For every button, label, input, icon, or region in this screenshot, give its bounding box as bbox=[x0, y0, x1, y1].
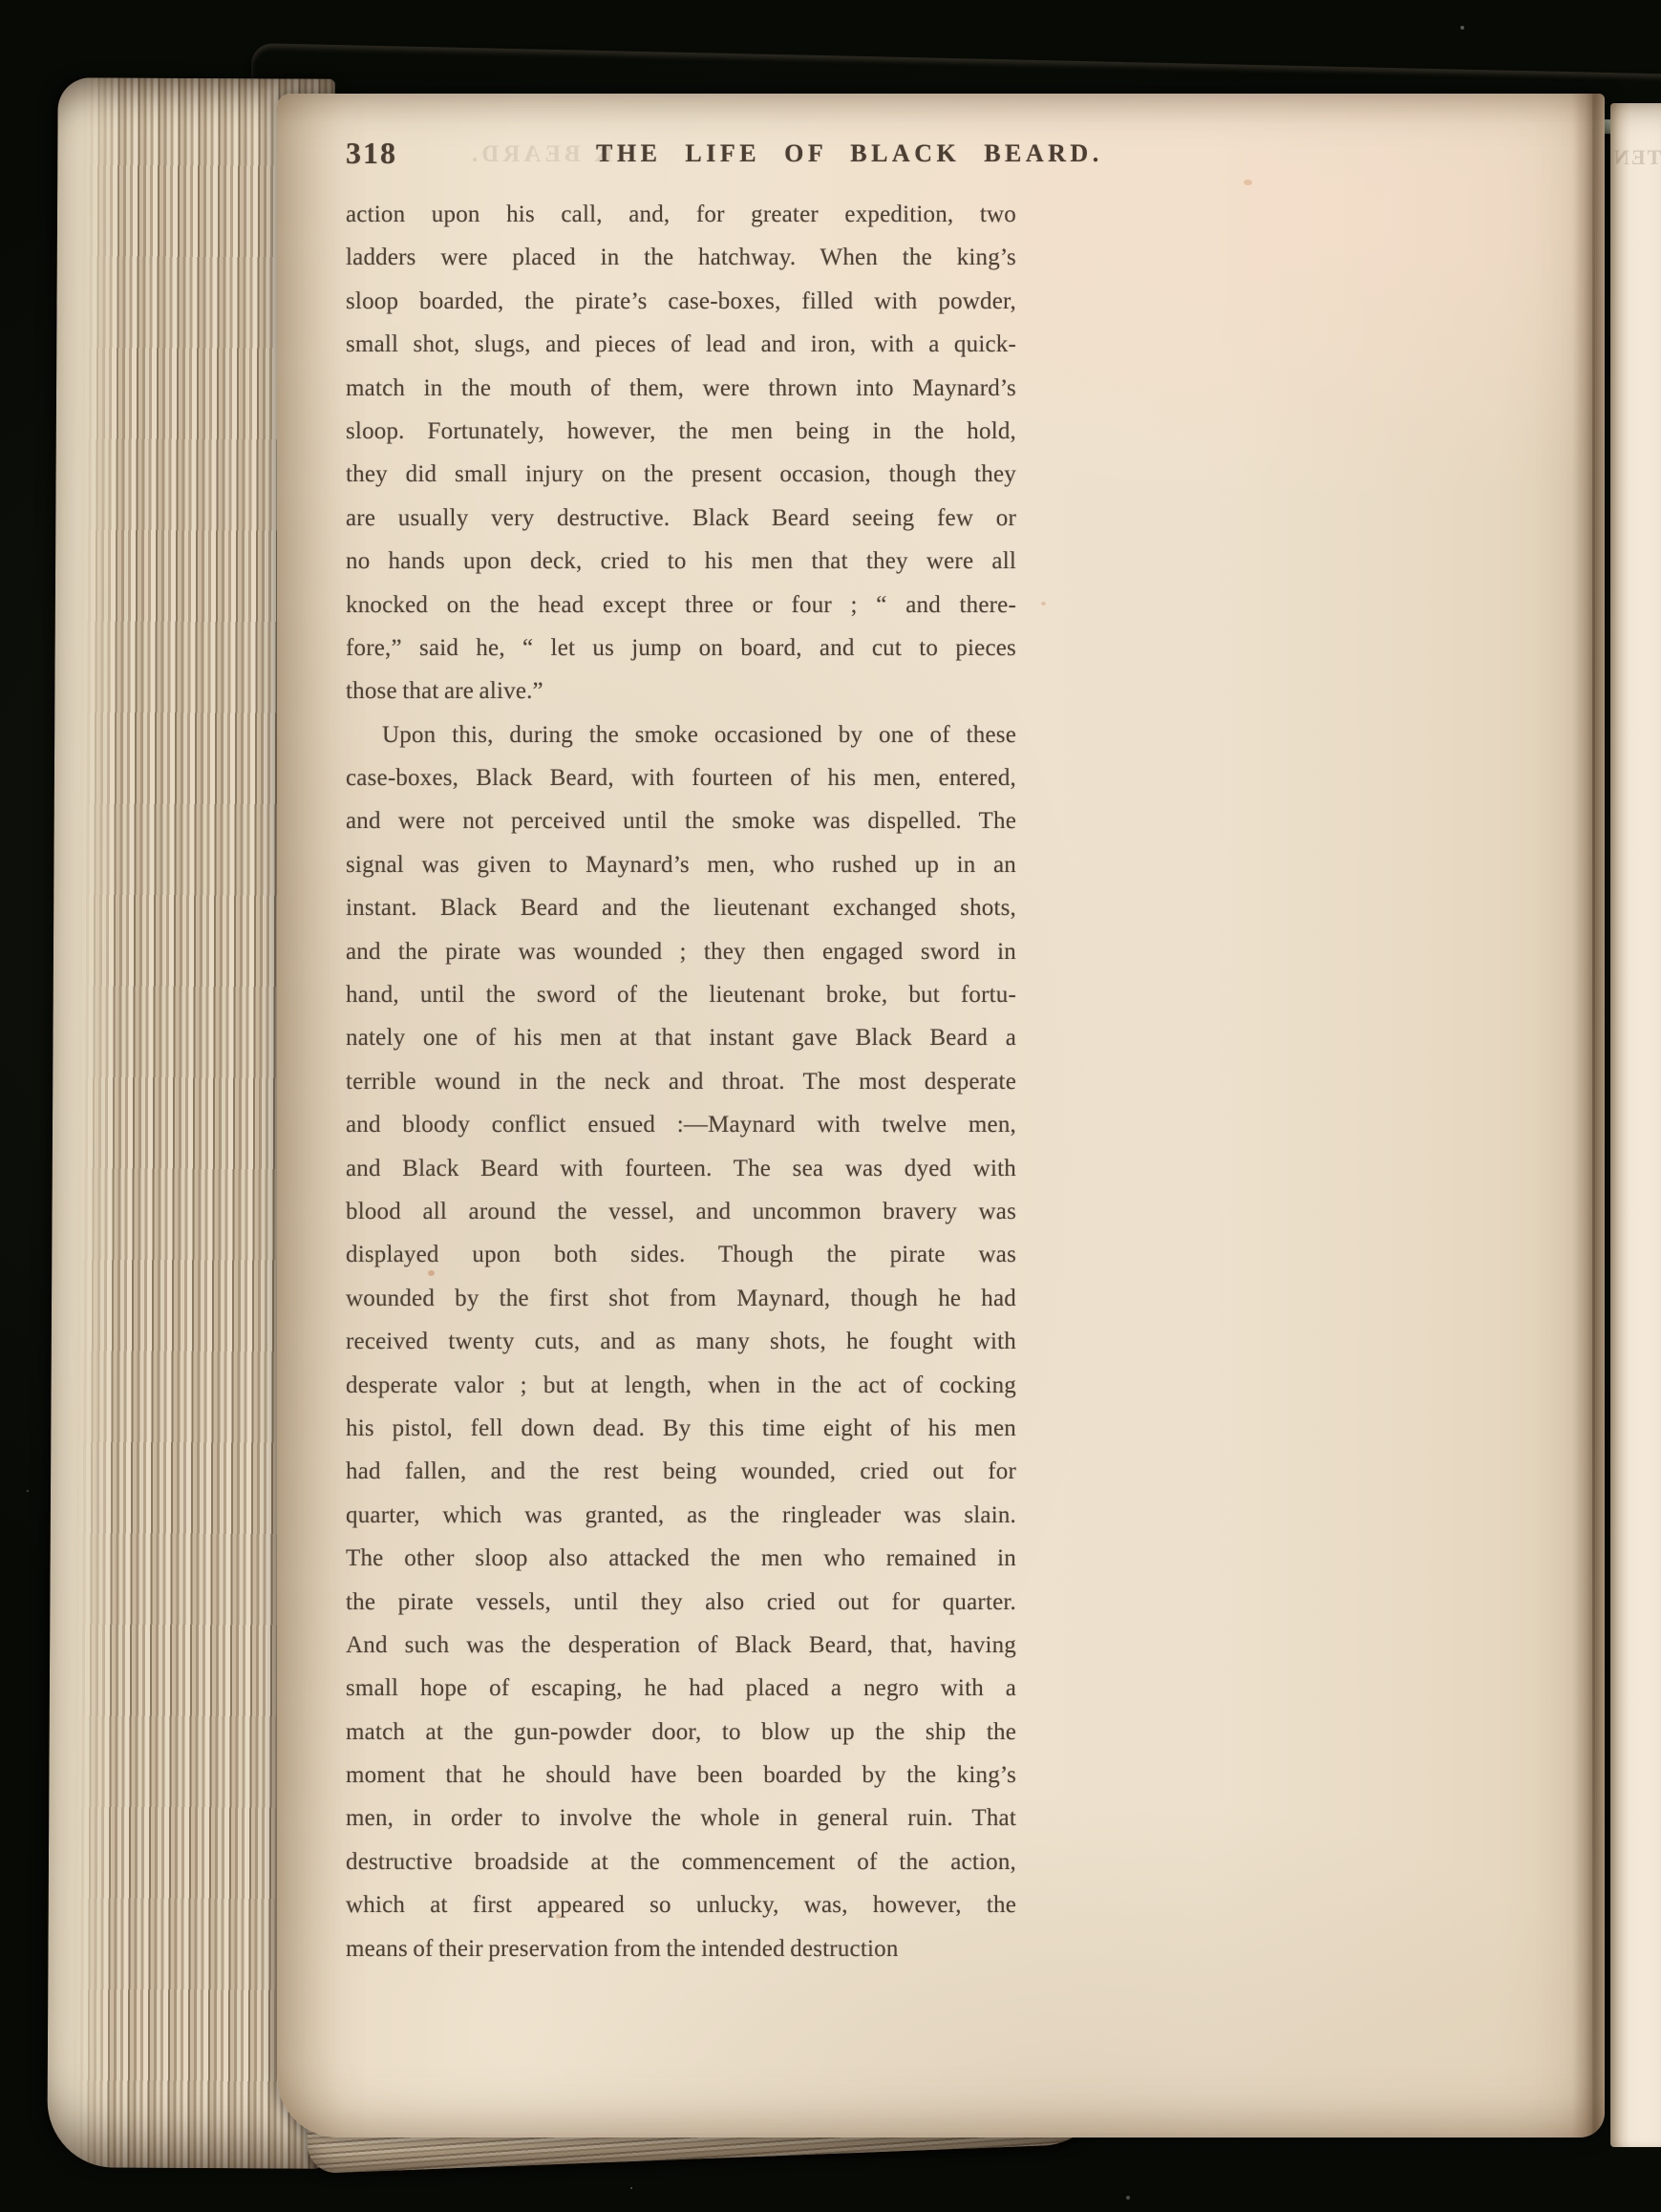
text-line: blood all around the vessel, and uncommo… bbox=[346, 1190, 1016, 1233]
text-line: terrible wound in the neck and throat. T… bbox=[346, 1060, 1016, 1103]
paper-stain bbox=[428, 1270, 435, 1276]
text-line: nately one of his men at that instant ga… bbox=[346, 1016, 1016, 1059]
text-line: ladders were placed in the hatchway. Whe… bbox=[346, 236, 1016, 279]
show-through-text: K BEARD. bbox=[468, 141, 612, 168]
text-line: received twenty cuts, and as many shots,… bbox=[346, 1320, 1016, 1363]
text-line: are usually very destructive. Black Bear… bbox=[346, 497, 1016, 540]
text-line: and the pirate was wounded ; they then e… bbox=[346, 930, 1016, 973]
text-line: sloop boarded, the pirate’s case-boxes, … bbox=[346, 280, 1016, 323]
text-line: his pistol, fell down dead. By this time… bbox=[346, 1407, 1016, 1450]
paper-stain bbox=[1244, 180, 1252, 185]
text-line: And such was the desperation of Black Be… bbox=[346, 1624, 1016, 1667]
adjacent-page-edge: LIEUTEN bbox=[1610, 103, 1661, 2147]
text-line: knocked on the head except three or four… bbox=[346, 584, 1016, 627]
text-line: and were not perceived until the smoke w… bbox=[346, 799, 1016, 842]
text-line: signal was given to Maynard’s men, who r… bbox=[346, 843, 1016, 886]
book-page: 318 K BEARD. THE LIFE OF BLACK BEARD. ac… bbox=[277, 94, 1605, 2138]
page-number: 318 bbox=[346, 136, 397, 171]
text-line: small hope of escaping, he had placed a … bbox=[346, 1667, 1016, 1710]
text-line: moment that he should have been boarded … bbox=[346, 1754, 1016, 1797]
show-through-text-right: LIEUTEN bbox=[1612, 145, 1661, 170]
text-line: wounded by the first shot from Maynard, … bbox=[346, 1277, 1016, 1320]
text-line: destructive broadside at the commencemen… bbox=[346, 1840, 1016, 1883]
text-line: no hands upon deck, cried to his men tha… bbox=[346, 540, 1016, 583]
text-line: Upon this, during the smoke occasioned b… bbox=[346, 713, 1016, 756]
paper-stain bbox=[556, 1914, 561, 1919]
text-line: match at the gun-powder door, to blow up… bbox=[346, 1711, 1016, 1754]
text-line: displayed upon both sides. Though the pi… bbox=[346, 1233, 1016, 1276]
text-line: the pirate vessels, until they also crie… bbox=[346, 1581, 1016, 1624]
text-line: small shot, slugs, and pieces of lead an… bbox=[346, 323, 1016, 366]
text-line: which at first appeared so unlucky, was,… bbox=[346, 1883, 1016, 1926]
text-line: The other sloop also attacked the men wh… bbox=[346, 1537, 1016, 1580]
paper-stain bbox=[1041, 602, 1046, 606]
text-line: they did small injury on the present occ… bbox=[346, 453, 1016, 496]
text-line: action upon his call, and, for greater e… bbox=[346, 193, 1016, 236]
text-line: and bloody conflict ensued :—Maynard wit… bbox=[346, 1103, 1016, 1146]
text-line: case-boxes, Black Beard, with fourteen o… bbox=[346, 756, 1016, 799]
scanned-book-photo: 318 K BEARD. THE LIFE OF BLACK BEARD. ac… bbox=[0, 0, 1661, 2212]
text-line: men, in order to involve the whole in ge… bbox=[346, 1797, 1016, 1840]
text-line: hand, until the sword of the lieutenant … bbox=[346, 973, 1016, 1016]
body-text: action upon his call, and, for greater e… bbox=[346, 193, 1016, 1970]
text-line: fore,” said he, “ let us jump on board, … bbox=[346, 627, 1016, 670]
text-line: and Black Beard with fourteen. The sea w… bbox=[346, 1147, 1016, 1190]
text-line: match in the mouth of them, were thrown … bbox=[346, 367, 1016, 410]
text-line: those that are alive.” bbox=[346, 670, 1016, 713]
text-line: had fallen, and the rest being wounded, … bbox=[346, 1450, 1016, 1493]
dust-speckles bbox=[0, 0, 2, 2]
text-line: desperate valor ; but at length, when in… bbox=[346, 1364, 1016, 1407]
page-header: 318 K BEARD. THE LIFE OF BLACK BEARD. bbox=[346, 136, 1540, 178]
text-line: sloop. Fortunately, however, the men bei… bbox=[346, 410, 1016, 453]
gutter-shadow bbox=[1572, 94, 1605, 2138]
text-line: instant. Black Beard and the lieutenant … bbox=[346, 886, 1016, 929]
text-line: quarter, which was granted, as the ringl… bbox=[346, 1494, 1016, 1537]
text-line: means of their preservation from the int… bbox=[346, 1927, 1016, 1970]
running-head: THE LIFE OF BLACK BEARD. bbox=[596, 139, 1103, 168]
